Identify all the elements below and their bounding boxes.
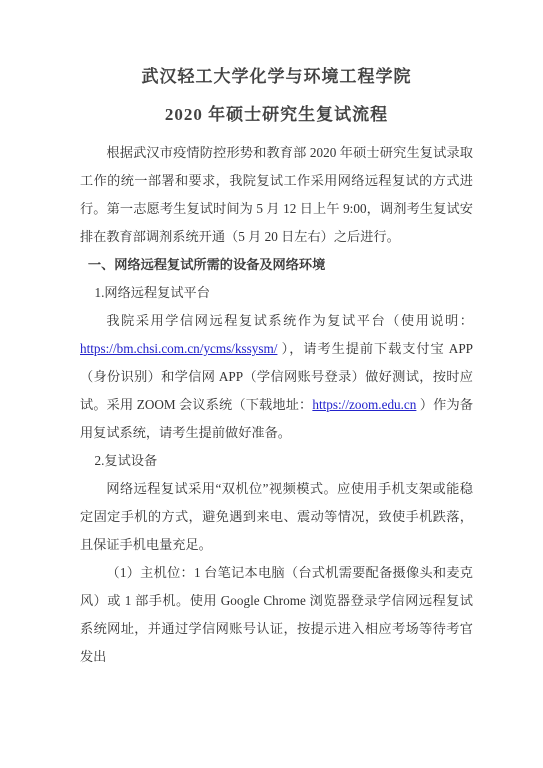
chsi-system-link[interactable]: https://bm.chsi.com.cn/ycms/kssysm/ [80,341,277,356]
platform-paragraph-text-1: 我院采用学信网远程复试系统作为复试平台（使用说明： [106,313,473,328]
intro-paragraph: 根据武汉市疫情防控形势和教育部 2020 年硕士研究生复试录取工作的统一部署和要… [80,139,473,251]
zoom-download-link[interactable]: https://zoom.edu.cn [312,397,416,412]
subsection-1-heading: 1.网络远程复试平台 [80,279,473,307]
document-page: 武汉轻工大学化学与环境工程学院 2020 年硕士研究生复试流程 根据武汉市疫情防… [0,0,543,768]
subsection-2-heading: 2.复试设备 [80,447,473,475]
section-1-heading: 一、网络远程复试所需的设备及网络环境 [80,251,473,279]
document-body: 根据武汉市疫情防控形势和教育部 2020 年硕士研究生复试录取工作的统一部署和要… [80,139,473,671]
main-camera-paragraph: （1）主机位：1 台笔记本电脑（台式机需要配备摄像头和麦克风）或 1 部手机。使… [80,559,473,671]
document-subtitle: 2020 年硕士研究生复试流程 [80,100,473,130]
equipment-paragraph: 网络远程复试采用“双机位”视频模式。应使用手机支架或能稳定固定手机的方式，避免遇… [80,475,473,559]
platform-paragraph: 我院采用学信网远程复试系统作为复试平台（使用说明：https://bm.chsi… [80,307,473,447]
document-title: 武汉轻工大学化学与环境工程学院 [80,62,473,92]
